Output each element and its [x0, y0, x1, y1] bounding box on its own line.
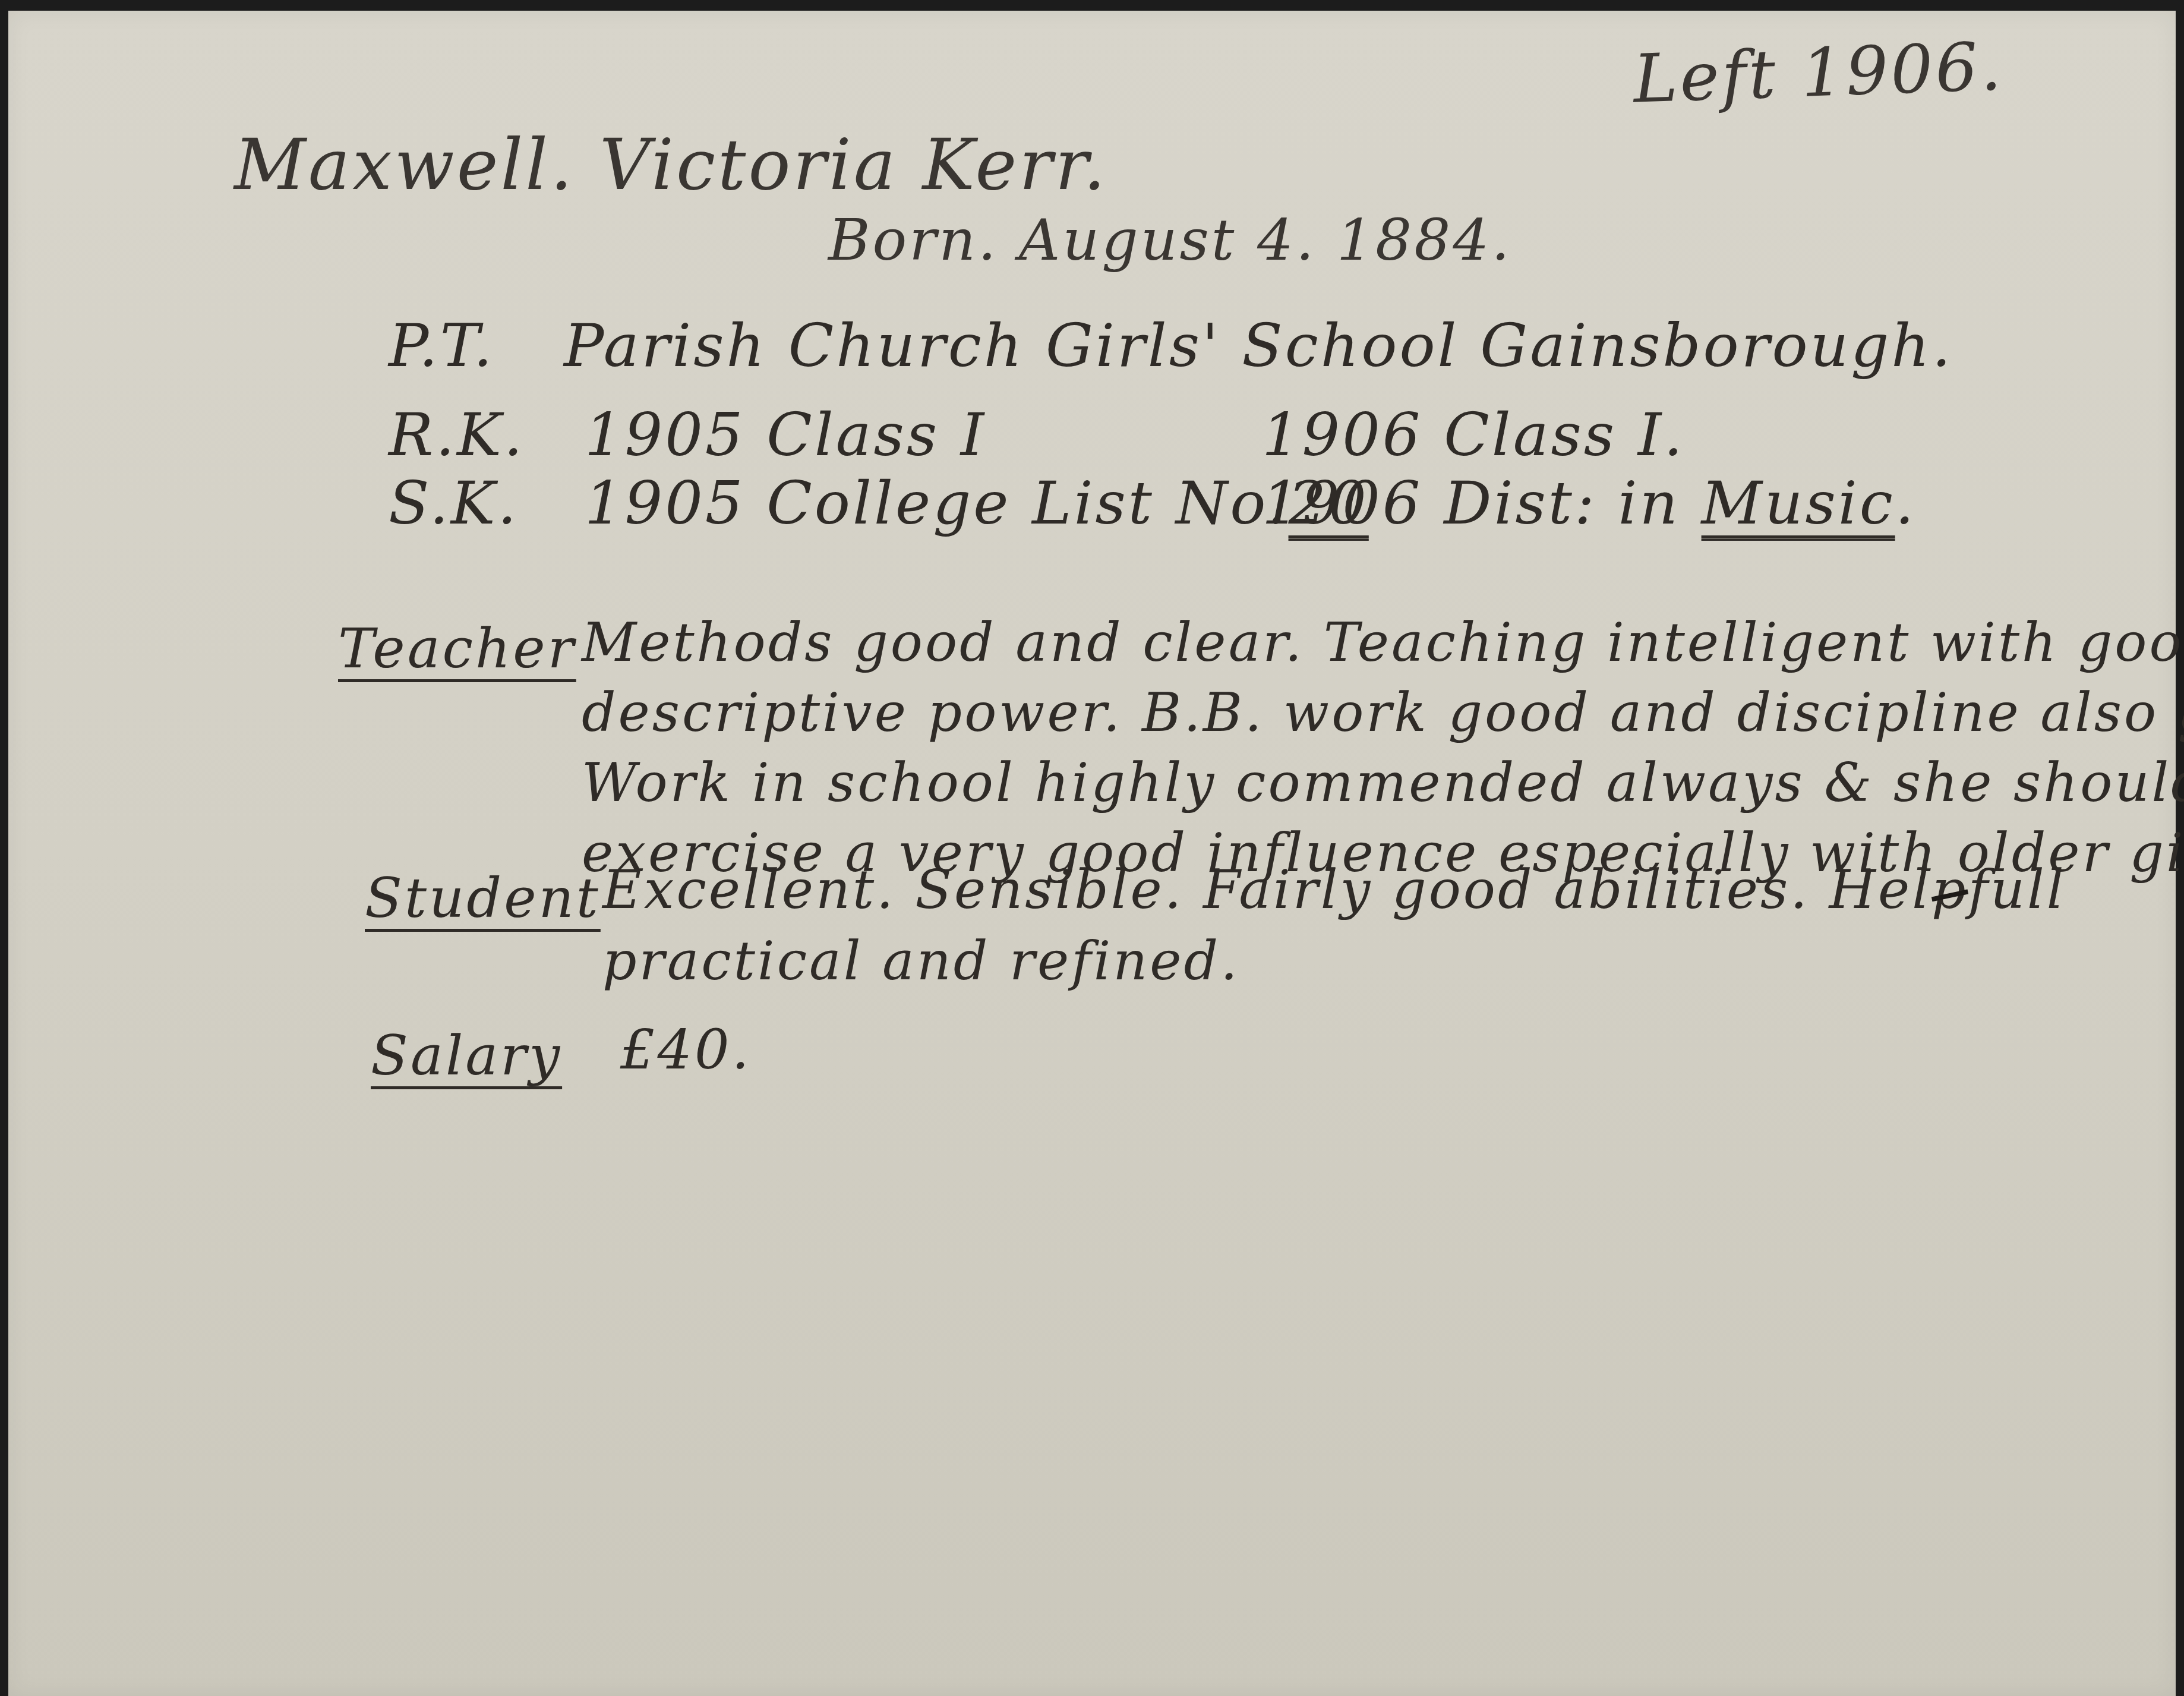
- left-date-note: Left 1906.: [1632, 28, 2005, 118]
- student-remarks-line2: practical and refined.: [602, 930, 1240, 992]
- salary-label: Salary: [371, 1024, 562, 1087]
- sk-1906-suffix: .: [1895, 468, 1917, 538]
- rk-1905-entry: 1905 Class I: [585, 400, 986, 469]
- student-name: Maxwell. Victoria Kerr.: [234, 124, 1108, 206]
- pt-school: Parish Church Girls' School Gainsborough…: [564, 311, 1953, 380]
- student-remarks-part1: Excellent. Sensible. Fairly good abiliti…: [602, 859, 1931, 921]
- student-remarks-part2: full: [1968, 859, 2066, 921]
- record-card: Left 1906. Maxwell. Victoria Kerr. Born.…: [8, 11, 2176, 1696]
- struck-letter: p: [1931, 859, 1968, 921]
- teacher-remarks: Methods good and clear. Teaching intelli…: [582, 608, 2184, 888]
- distinction-subject: Music: [1702, 468, 1895, 538]
- salary-value: £40.: [620, 1018, 752, 1082]
- sk-1905-entry: 1905 College List No.20: [585, 468, 1369, 538]
- student-remarks: Excellent. Sensible. Fairly good abiliti…: [602, 855, 2066, 997]
- sk-1905-prefix: 1905 College List No.: [585, 468, 1289, 538]
- student-label: Student: [365, 866, 601, 930]
- sk-1906-entry: 1906 Dist: in Music.: [1262, 468, 1917, 538]
- sk-label: S.K.: [389, 468, 519, 538]
- sk-1906-prefix: 1906 Dist: in: [1262, 468, 1702, 538]
- rk-label: R.K.: [389, 400, 525, 469]
- teacher-label: Teacher: [338, 617, 576, 680]
- birth-date: Born. August 4. 1884.: [828, 207, 1512, 273]
- rk-1906-entry: 1906 Class I.: [1262, 400, 1685, 469]
- pt-label: P.T.: [389, 311, 495, 380]
